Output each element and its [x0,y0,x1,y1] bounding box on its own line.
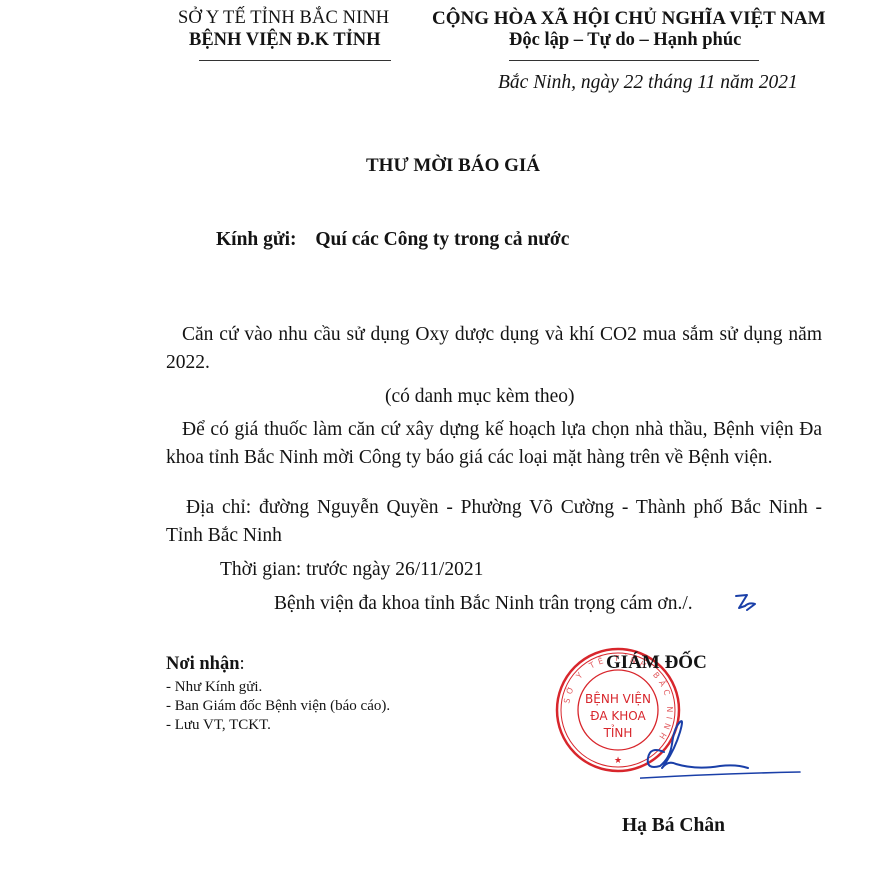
header-divider-right [509,60,759,61]
salutation-recipient: Quí các Công ty trong cả nước [315,229,569,250]
place-and-date: Bắc Ninh, ngày 22 tháng 11 năm 2021 [498,72,798,94]
initial-mark-icon [733,592,759,614]
salutation-label: Kính gửi: [216,229,297,250]
signer-name: Hạ Bá Chân [622,815,725,837]
handwritten-signature-icon [640,706,810,786]
seal-line-2: ĐA KHOA [590,709,646,723]
body-paragraph-request: Để có giá thuốc làm căn cứ xây dựng kế h… [166,416,822,472]
seal-line-1: BỆNH VIỆN [585,691,651,706]
national-title: CỘNG HÒA XÃ HỘI CHỦ NGHĨA VIỆT NAM [432,8,826,30]
document-title: THƯ MỜI BÁO GIÁ [366,155,540,177]
recipient-item: - Như Kính gửi. [166,679,262,696]
signatory-title: GIÁM ĐỐC [606,652,707,674]
issuing-authority: SỞ Y TẾ TỈNH BẮC NINH [178,8,389,29]
recipients-heading: Nơi nhận: [166,654,245,675]
body-address: Địa chỉ: đường Nguyễn Quyền - Phường Võ … [166,494,822,550]
salutation: Kính gửi: Quí các Công ty trong cả nước [216,229,569,251]
body-paragraph-basis: Căn cứ vào nhu cầu sử dụng Oxy dược dụng… [166,321,822,377]
body-thanks: Bệnh viện đa khoa tỉnh Bắc Ninh trân trọ… [274,593,693,615]
seal-line-3: TỈNH [603,724,633,740]
header-divider-left [199,60,391,61]
issuing-organization: BỆNH VIỆN Đ.K TỈNH [189,30,381,51]
national-motto: Độc lập – Tự do – Hạnh phúc [509,30,741,51]
recipients-heading-text: Nơi nhận [166,654,240,674]
svg-text:★: ★ [614,755,622,765]
attachment-note: (có danh mục kèm theo) [385,386,575,408]
recipients-heading-colon: : [240,654,245,674]
body-deadline: Thời gian: trước ngày 26/11/2021 [220,559,483,581]
recipient-item: - Lưu VT, TCKT. [166,717,271,734]
recipient-item: - Ban Giám đốc Bệnh viện (báo cáo). [166,698,390,715]
